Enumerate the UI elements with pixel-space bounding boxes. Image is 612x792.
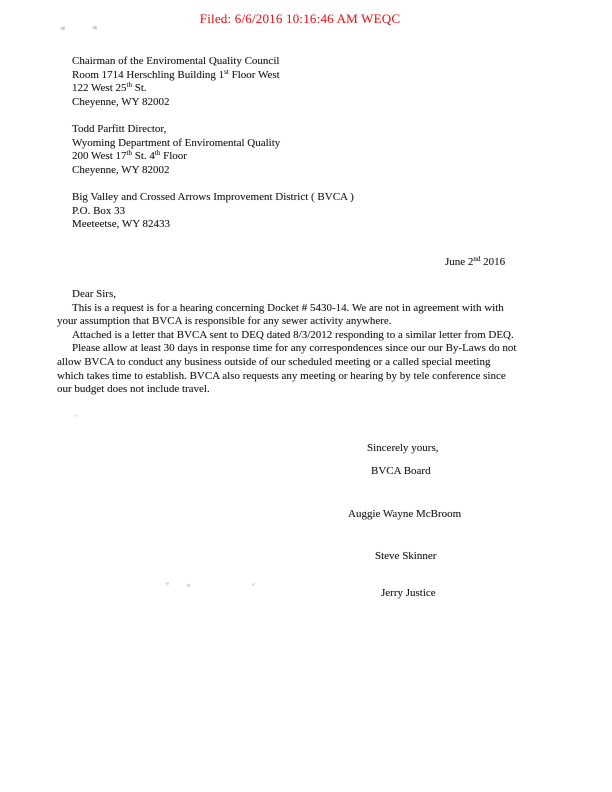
address-line: Cheyenne, WY 82002 [72,164,354,178]
address-line: Chairman of the Enviromental Quality Cou… [72,55,354,69]
signer-name: Jerry Justice [381,587,436,601]
body-paragraph-lines: This is a request is for a hearing conce… [57,302,561,397]
address-block: Big Valley and Crossed Arrows Improvemen… [72,191,354,232]
body-line: This is a request is for a hearing conce… [57,302,561,316]
signer-name: Steve Skinner [375,550,436,564]
valediction: Sincerely yours, [367,442,438,456]
body-line: Attached is a letter that BVCA sent to D… [57,329,561,343]
signer-name: Auggie Wayne McBroom [348,508,461,522]
body-line: which takes time to establish. BVCA also… [57,370,561,384]
scan-speck [187,584,190,587]
filed-stamp: Filed: 6/6/2016 10:16:46 AM WEQC [0,11,600,27]
scan-speck [61,27,65,30]
address-line: 200 West 17th St. 4th Floor [72,150,354,164]
salutation: Dear Sirs, [57,288,561,302]
date-line: June 2nd 2016 [445,256,505,270]
scan-speck [93,26,97,29]
address-block: Chairman of the Enviromental Quality Cou… [72,55,354,109]
address-line: Wyoming Department of Enviromental Quali… [72,137,354,151]
organization-name: BVCA Board [371,465,431,479]
address-line: Big Valley and Crossed Arrows Improvemen… [72,191,354,205]
body-line: Please allow at least 30 days in respons… [57,342,561,356]
scan-speck [252,583,255,586]
address-block: Todd Parfitt Director,Wyoming Department… [72,123,354,177]
address-line: Cheyenne, WY 82002 [72,96,354,110]
scan-speck [74,414,79,417]
address-line: 122 West 25th St. [72,82,354,96]
letter-body: Dear Sirs, This is a request is for a he… [57,288,561,397]
body-line: our budget does not include travel. [57,383,561,397]
scan-speck [166,582,169,585]
address-line: Room 1714 Herschling Building 1st Floor … [72,69,354,83]
recipient-addresses: Chairman of the Enviromental Quality Cou… [72,55,354,245]
address-line: Todd Parfitt Director, [72,123,354,137]
address-line: Meeteetse, WY 82433 [72,218,354,232]
body-line: allow BVCA to conduct any business outsi… [57,356,561,370]
body-line: your assumption that BVCA is responsible… [57,315,561,329]
address-line: P.O. Box 33 [72,205,354,219]
letter-page: Filed: 6/6/2016 10:16:46 AM WEQC Chairma… [0,0,612,792]
